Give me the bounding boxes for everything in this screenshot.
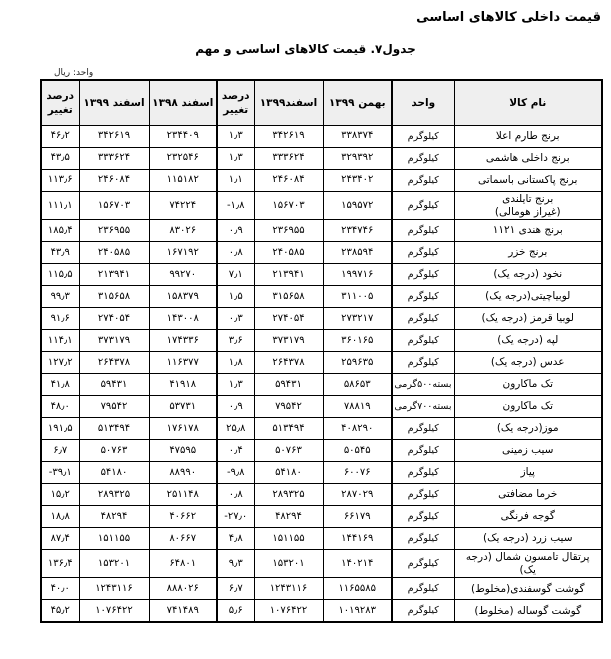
cell-value: ۱۷۴۳۳۶ (149, 330, 217, 352)
cell-value: ۱٫۳ (217, 125, 254, 147)
cell-product-name: سیب زمینی (454, 440, 602, 462)
cell-value: ۴۵٫۲ (41, 600, 79, 623)
cell-value: ۷۹۵۴۲ (79, 396, 149, 418)
cell-value: ۶۴۸۰۱ (149, 550, 217, 578)
cell-value: ۱۵۶۷۰۳ (254, 191, 323, 219)
table-row: لپه (درجه یک)کیلوگرم۳۶۰۱۶۵۳۷۳۱۷۹۳٫۶۱۷۴۳۳… (41, 330, 602, 352)
cell-value: ۳۳۳۶۲۴ (254, 147, 323, 169)
cell-product-name: لوبیاچیتی(درجه یک) (454, 286, 602, 308)
cell-value: ۴۰۶۶۲ (149, 506, 217, 528)
cell-unit: کیلوگرم (392, 330, 454, 352)
table-row: تک ماکارونبسته۵۰۰گرمی۵۸۶۵۳۵۹۴۳۱۱٫۳۴۱۹۱۸۵… (41, 374, 602, 396)
cell-value: ۱٫۳ (217, 374, 254, 396)
cell-value: ۹۹٫۳ (41, 286, 79, 308)
cell-unit: کیلوگرم (392, 286, 454, 308)
cell-value: ۲۶۴۳۷۸ (254, 352, 323, 374)
cell-product-name: برنج پاکستانی باسماتی (454, 169, 602, 191)
table-row: برنج طارم اعلاکیلوگرم۳۳۸۳۷۴۳۴۲۶۱۹۱٫۳۲۳۴۴… (41, 125, 602, 147)
cell-unit: بسته۷۰۰گرمی (392, 396, 454, 418)
cell-value: ۷۴۱۴۸۹ (149, 600, 217, 623)
cell-value: ۷۹۵۴۲ (254, 396, 323, 418)
column-header-5: اسفند ۱۳۹۸ (149, 80, 217, 126)
cell-value: ۱۴۳۰۰۸ (149, 308, 217, 330)
cell-value: ۲۵۱۱۴۸ (149, 484, 217, 506)
cell-unit: کیلوگرم (392, 308, 454, 330)
cell-value: ۱۲۷٫۲ (41, 352, 79, 374)
cell-value: ۰٫۹ (217, 396, 254, 418)
cell-value: ۳۷۳۱۷۹ (254, 330, 323, 352)
cell-value: ۵۴۱۸۰ (79, 462, 149, 484)
cell-value: ۵۰۵۴۵ (323, 440, 392, 462)
cell-value: ۰٫۳ (217, 308, 254, 330)
cell-value: ۲۸۹۳۲۵ (254, 484, 323, 506)
cell-product-name: نخود (درجه یک) (454, 264, 602, 286)
cell-product-name: برنج هندی ۱۱۲۱ (454, 220, 602, 242)
column-header-2: بهمن ۱۳۹۹ (323, 80, 392, 126)
cell-value: ۱۸۵٫۴ (41, 220, 79, 242)
cell-product-name: برنج طارم اعلا (454, 125, 602, 147)
cell-value: ۲۳۴۷۴۶ (323, 220, 392, 242)
cell-value: ۱۵٫۲ (41, 484, 79, 506)
cell-value: ۱۱۳٫۶ (41, 169, 79, 191)
table-row: گوشت گوسفندی(مخلوط)کیلوگرم۱۱۶۵۵۸۵۱۲۴۳۱۱۶… (41, 578, 602, 600)
cell-unit: کیلوگرم (392, 550, 454, 578)
cell-unit: کیلوگرم (392, 169, 454, 191)
cell-value: ۷۸۸۱۹ (323, 396, 392, 418)
cell-unit: کیلوگرم (392, 191, 454, 219)
table-row: سیب زمینیکیلوگرم۵۰۵۴۵۵۰۷۶۳۰٫۴۴۷۵۹۵۵۰۷۶۳۶… (41, 440, 602, 462)
table-caption: جدول۷. قیمت کالاهای اساسی و مهم (0, 42, 611, 56)
cell-product-name: تک ماکارون (454, 374, 602, 396)
cell-value: ۴۱٫۸ (41, 374, 79, 396)
cell-unit: کیلوگرم (392, 264, 454, 286)
cell-value: ۱۹۱٫۵ (41, 418, 79, 440)
cell-value: ۳۱۵۶۵۸ (254, 286, 323, 308)
cell-value: -۳۹٫۱ (41, 462, 79, 484)
cell-unit: کیلوگرم (392, 528, 454, 550)
cell-value: ۴۰٫۰ (41, 578, 79, 600)
cell-value: ۲۴۰۵۸۵ (254, 242, 323, 264)
cell-value: ۱۱۱٫۱ (41, 191, 79, 219)
cell-value: ۳۲۹۳۹۲ (323, 147, 392, 169)
cell-product-name: تک ماکارون (454, 396, 602, 418)
cell-unit: کیلوگرم (392, 352, 454, 374)
cell-value: ۱۲۴۳۱۱۶ (79, 578, 149, 600)
table-row: برنج پاکستانی باسماتیکیلوگرم۲۴۳۴۰۲۲۴۶۰۸۴… (41, 169, 602, 191)
cell-value: ۱۷۶۱۷۸ (149, 418, 217, 440)
cell-value: ۱٫۱ (217, 169, 254, 191)
cell-value: ۲۳۶۹۵۵ (79, 220, 149, 242)
cell-value: ۶۰۰۷۶ (323, 462, 392, 484)
table-row: عدس (درجه یک)کیلوگرم۲۵۹۶۳۵۲۶۴۳۷۸۱٫۸۱۱۶۳۷… (41, 352, 602, 374)
cell-value: ۹۱٫۶ (41, 308, 79, 330)
table-row: لوبیاچیتی(درجه یک)کیلوگرم۳۱۱۰۰۵۳۱۵۶۵۸۱٫۵… (41, 286, 602, 308)
cell-value: ۲۸۹۳۲۵ (79, 484, 149, 506)
cell-value: ۸۰۶۶۷ (149, 528, 217, 550)
cell-unit: کیلوگرم (392, 418, 454, 440)
cell-value: ۸۸۸۰۲۶ (149, 578, 217, 600)
cell-value: ۷۴۲۲۴ (149, 191, 217, 219)
cell-product-name: پرتقال تامسون شمال (درجه یک) (454, 550, 602, 578)
cell-value: ۲۵۹۶۳۵ (323, 352, 392, 374)
cell-value: ۲۷۴۰۵۴ (79, 308, 149, 330)
cell-value: ۴۰۸۲۹۰ (323, 418, 392, 440)
cell-value: ۲۸۷۰۲۹ (323, 484, 392, 506)
cell-value: ۱۱۶۵۵۸۵ (323, 578, 392, 600)
cell-unit: کیلوگرم (392, 220, 454, 242)
cell-value: ۲۵٫۸ (217, 418, 254, 440)
table-row: نخود (درجه یک)کیلوگرم۱۹۹۷۱۶۲۱۳۹۴۱۷٫۱۹۹۲۷… (41, 264, 602, 286)
column-header-0: نام کالا (454, 80, 602, 126)
cell-value: ۱۱۴٫۱ (41, 330, 79, 352)
cell-value: ۰٫۹ (217, 220, 254, 242)
cell-value: ۵۱۳۴۹۴ (79, 418, 149, 440)
cell-value: ۱۴۴۱۶۹ (323, 528, 392, 550)
cell-value: ۲۳۸۵۹۴ (323, 242, 392, 264)
cell-unit: کیلوگرم (392, 147, 454, 169)
cell-value: ۴۱۹۱۸ (149, 374, 217, 396)
cell-value: ۵۹۴۳۱ (254, 374, 323, 396)
cell-value: ۱۱۵۱۸۲ (149, 169, 217, 191)
cell-unit: کیلوگرم (392, 484, 454, 506)
table-row: برنج تایلندی (غیراز هومالی)کیلوگرم۱۵۹۵۷۲… (41, 191, 602, 219)
cell-product-name: لپه (درجه یک) (454, 330, 602, 352)
cell-value: ۵۱۳۴۹۴ (254, 418, 323, 440)
table-row: برنج داخلی هاشمیکیلوگرم۳۲۹۳۹۲۳۳۳۶۲۴۱٫۳۲۳… (41, 147, 602, 169)
cell-value: ۳۴۲۶۱۹ (79, 125, 149, 147)
cell-value: -۹٫۸ (217, 462, 254, 484)
cell-value: ۱٫۳ (217, 147, 254, 169)
cell-unit: کیلوگرم (392, 462, 454, 484)
cell-value: ۱۶۷۱۹۲ (149, 242, 217, 264)
cell-unit: بسته۵۰۰گرمی (392, 374, 454, 396)
cell-value: ۴۳٫۵ (41, 147, 79, 169)
cell-value: ۵۰۷۶۳ (79, 440, 149, 462)
cell-value: ۵۴۱۸۰ (254, 462, 323, 484)
cell-value: ۱۲۴۳۱۱۶ (254, 578, 323, 600)
cell-value: ۱۵۶۷۰۳ (79, 191, 149, 219)
cell-value: ۲۳۶۹۵۵ (254, 220, 323, 242)
cell-product-name: پیاز (454, 462, 602, 484)
cell-value: ۳۳۳۶۲۴ (79, 147, 149, 169)
cell-value: ۱۵۱۱۵۵ (254, 528, 323, 550)
cell-value: ۲۷۳۲۱۷ (323, 308, 392, 330)
cell-product-name: برنج تایلندی (غیراز هومالی) (454, 191, 602, 219)
cell-value: ۶۶۱۷۹ (323, 506, 392, 528)
cell-unit: کیلوگرم (392, 125, 454, 147)
cell-value: ۰٫۸ (217, 242, 254, 264)
cell-value: ۸۷٫۴ (41, 528, 79, 550)
cell-value: ۱۴۰۲۱۴ (323, 550, 392, 578)
cell-value: ۳۷۳۱۷۹ (79, 330, 149, 352)
cell-value: ۹٫۳ (217, 550, 254, 578)
cell-value: ۱۵۳۲۰۱ (79, 550, 149, 578)
cell-value: ۵۹۴۳۱ (79, 374, 149, 396)
cell-value: ۵۰۷۶۳ (254, 440, 323, 462)
cell-value: ۴۸۲۹۴ (254, 506, 323, 528)
table-row: موز(درجه یک)کیلوگرم۴۰۸۲۹۰۵۱۳۴۹۴۲۵٫۸۱۷۶۱۷… (41, 418, 602, 440)
column-header-3: اسفند۱۳۹۹ (254, 80, 323, 126)
cell-product-name: برنج داخلی هاشمی (454, 147, 602, 169)
cell-value: ۳۱۵۶۵۸ (79, 286, 149, 308)
cell-product-name: خرما مضافتی (454, 484, 602, 506)
cell-value: ۱۹۹۷۱۶ (323, 264, 392, 286)
cell-value: ۲۱۳۹۴۱ (79, 264, 149, 286)
cell-value: -۱٫۸ (217, 191, 254, 219)
table-row: لوبیا قرمز (درجه یک)کیلوگرم۲۷۳۲۱۷۲۷۴۰۵۴۰… (41, 308, 602, 330)
cell-value: ۱۵۳۲۰۱ (254, 550, 323, 578)
cell-value: ۴۸۲۹۴ (79, 506, 149, 528)
unit-note: واحد: ریال (42, 68, 603, 78)
table-row: برنج خزرکیلوگرم۲۳۸۵۹۴۲۴۰۵۸۵۰٫۸۱۶۷۱۹۲۲۴۰۵… (41, 242, 602, 264)
cell-value: ۱٫۵ (217, 286, 254, 308)
cell-value: ۱۰۷۶۴۲۲ (79, 600, 149, 623)
cell-unit: کیلوگرم (392, 600, 454, 623)
cell-value: ۱٫۸ (217, 352, 254, 374)
price-table: نام کالاواحدبهمن ۱۳۹۹اسفند۱۳۹۹درصد تغییر… (40, 79, 603, 623)
cell-product-name: موز(درجه یک) (454, 418, 602, 440)
cell-value: ۱۳۶٫۴ (41, 550, 79, 578)
cell-unit: کیلوگرم (392, 242, 454, 264)
cell-value: ۵۳۷۳۱ (149, 396, 217, 418)
cell-product-name: برنج خزر (454, 242, 602, 264)
cell-value: ۲۴۳۴۰۲ (323, 169, 392, 191)
cell-value: ۲۱۳۹۴۱ (254, 264, 323, 286)
cell-value: ۳٫۶ (217, 330, 254, 352)
cell-value: ۸۸۹۹۰ (149, 462, 217, 484)
cell-value: ۴۸٫۰ (41, 396, 79, 418)
cell-value: ۵۸۶۵۳ (323, 374, 392, 396)
cell-value: ۱۵۱۱۵۵ (79, 528, 149, 550)
cell-value: ۲۷۴۰۵۴ (254, 308, 323, 330)
cell-value: ۲۴۶۰۸۴ (79, 169, 149, 191)
cell-value: ۳۳۸۳۷۴ (323, 125, 392, 147)
table-row: خرما مضافتیکیلوگرم۲۸۷۰۲۹۲۸۹۳۲۵۰٫۸۲۵۱۱۴۸۲… (41, 484, 602, 506)
cell-value: ۹۹۲۷۰ (149, 264, 217, 286)
cell-value: ۰٫۸ (217, 484, 254, 506)
cell-product-name: گوشت گوسفندی(مخلوط) (454, 578, 602, 600)
table-row: گوشت گوساله (مخلوط)کیلوگرم۱۰۱۹۲۸۳۱۰۷۶۴۲۲… (41, 600, 602, 623)
cell-value: ۸۳۰۲۶ (149, 220, 217, 242)
cell-value: ۵٫۶ (217, 600, 254, 623)
table-row: پیازکیلوگرم۶۰۰۷۶۵۴۱۸۰-۹٫۸۸۸۹۹۰۵۴۱۸۰-۳۹٫۱ (41, 462, 602, 484)
cell-value: ۴۳٫۹ (41, 242, 79, 264)
cell-value: -۲۷٫۰ (217, 506, 254, 528)
header-row: نام کالاواحدبهمن ۱۳۹۹اسفند۱۳۹۹درصد تغییر… (41, 80, 602, 126)
table-row: سیب زرد (درجه یک)کیلوگرم۱۴۴۱۶۹۱۵۱۱۵۵۴٫۸۸… (41, 528, 602, 550)
table-body: برنج طارم اعلاکیلوگرم۳۳۸۳۷۴۳۴۲۶۱۹۱٫۳۲۳۴۴… (41, 125, 602, 622)
cell-unit: کیلوگرم (392, 578, 454, 600)
cell-value: ۴٫۸ (217, 528, 254, 550)
cell-unit: کیلوگرم (392, 506, 454, 528)
cell-value: ۲۴۶۰۸۴ (254, 169, 323, 191)
table-row: پرتقال تامسون شمال (درجه یک)کیلوگرم۱۴۰۲۱… (41, 550, 602, 578)
cell-product-name: عدس (درجه یک) (454, 352, 602, 374)
cell-product-name: گوجه فرنگی (454, 506, 602, 528)
cell-value: ۱۰۱۹۲۸۳ (323, 600, 392, 623)
cell-value: ۱۵۹۵۷۲ (323, 191, 392, 219)
cell-unit: کیلوگرم (392, 440, 454, 462)
column-header-4: درصد تغییر (217, 80, 254, 126)
cell-value: ۲۳۴۴۰۹ (149, 125, 217, 147)
cell-value: ۱۸٫۸ (41, 506, 79, 528)
cell-value: ۰٫۴ (217, 440, 254, 462)
cell-value: ۱۱۵٫۵ (41, 264, 79, 286)
cell-value: ۳۱۱۰۰۵ (323, 286, 392, 308)
cell-value: ۶٫۷ (217, 578, 254, 600)
table-row: برنج هندی ۱۱۲۱کیلوگرم۲۳۴۷۴۶۲۳۶۹۵۵۰٫۹۸۳۰۲… (41, 220, 602, 242)
cell-value: ۱۱۶۳۷۷ (149, 352, 217, 374)
cell-value: ۴۶٫۲ (41, 125, 79, 147)
cell-value: ۳۴۲۶۱۹ (254, 125, 323, 147)
column-header-6: اسفند ۱۳۹۹ (79, 80, 149, 126)
cell-value: ۲۴۰۵۸۵ (79, 242, 149, 264)
cell-value: ۲۶۴۳۷۸ (79, 352, 149, 374)
cell-value: ۱۵۸۳۷۹ (149, 286, 217, 308)
cell-product-name: لوبیا قرمز (درجه یک) (454, 308, 602, 330)
column-header-1: واحد (392, 80, 454, 126)
table-row: تک ماکارونبسته۷۰۰گرمی۷۸۸۱۹۷۹۵۴۲۰٫۹۵۳۷۳۱۷… (41, 396, 602, 418)
cell-product-name: سیب زرد (درجه یک) (454, 528, 602, 550)
cell-value: ۱۰۷۶۴۲۲ (254, 600, 323, 623)
table-row: گوجه فرنگیکیلوگرم۶۶۱۷۹۴۸۲۹۴-۲۷٫۰۴۰۶۶۲۴۸۲… (41, 506, 602, 528)
cell-value: ۳۶۰۱۶۵ (323, 330, 392, 352)
cell-product-name: گوشت گوساله (مخلوط) (454, 600, 602, 623)
cell-value: ۷٫۱ (217, 264, 254, 286)
column-header-7: درصد تغییر (41, 80, 79, 126)
cell-value: ۴۷۵۹۵ (149, 440, 217, 462)
cell-value: ۲۳۲۵۴۶ (149, 147, 217, 169)
table-area: واحد: ریال نام کالاواحدبهمن ۱۳۹۹اسفند۱۳۹… (42, 68, 603, 623)
cell-value: ۶٫۷ (41, 440, 79, 462)
page-title: قیمت داخلی کالاهای اساسی (0, 0, 611, 26)
